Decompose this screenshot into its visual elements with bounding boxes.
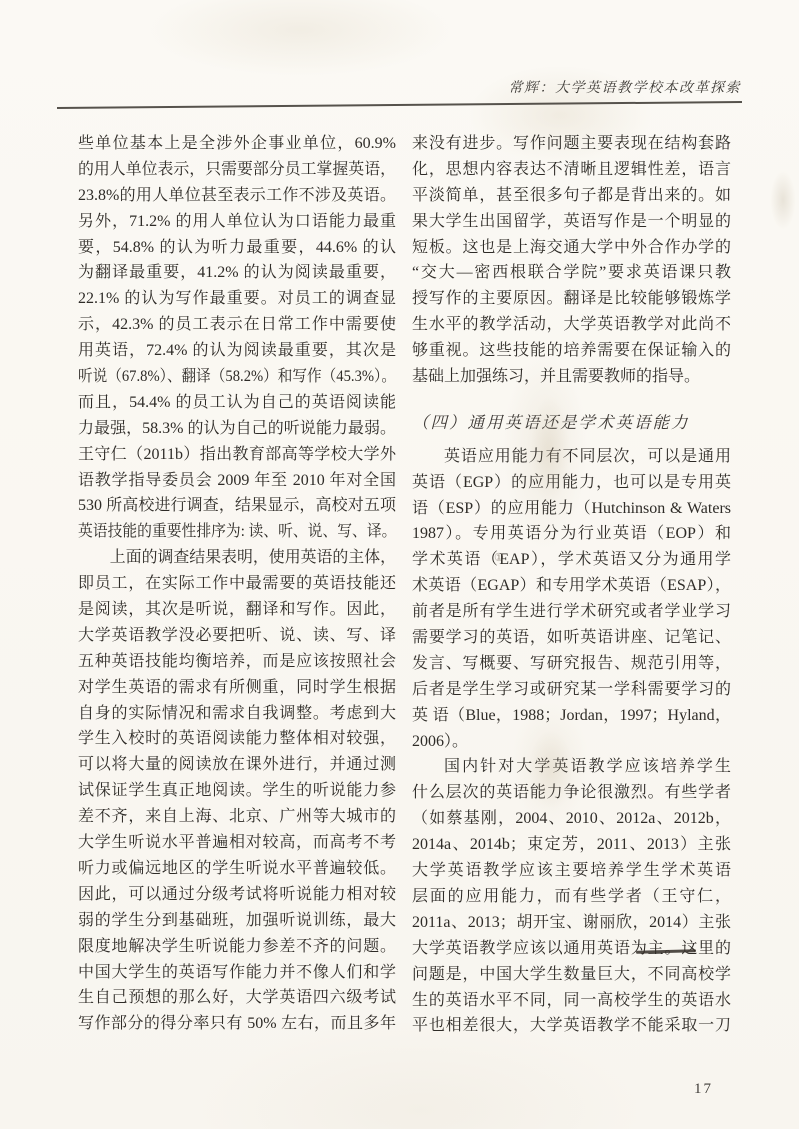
text-line: 王守仁（2011b）指出教育部高等学校大学外 (78, 442, 396, 468)
text-line: 生自己预想的那么好，大学英语四六级考试 (78, 985, 396, 1011)
text-line: 授写作的主要原因。翻译是比较能够锻炼学 (412, 286, 731, 312)
text-line: 大学生听说水平普遍相对较高，而高考不考 (78, 830, 396, 856)
text-line: 英语应用能力有不同层次，可以是通用 (412, 444, 731, 470)
text-line: 为翻译最重要，41.2% 的认为阅读最重要， (78, 260, 396, 286)
text-line: 弱的学生分到基础班，加强听说训练，最大 (78, 908, 396, 934)
text-line: 前者是所有学生进行学术研究或者学业学习 (412, 599, 731, 625)
text-line: 英 语（Blue，1988；Jordan，1997；Hyland， (412, 703, 731, 729)
text-line: 23.8%的用人单位甚至表示工作不涉及英语。 (78, 183, 396, 209)
text-line: 层面的应用能力，而有些学者（王守仁， (412, 884, 731, 910)
text-line: 上面的调查结果表明，使用英语的主体， (78, 545, 394, 571)
text-line: 530 所高校进行调查，结果显示，高校对五项 (78, 493, 396, 519)
text-line: 生的英语水平不同，同一高校学生的英语水 (412, 988, 731, 1014)
text-line: 写作部分的得分率只有 50% 左右，而且多年 (78, 1011, 396, 1037)
text-line: 学术英语（EAP），学术英语又分为通用学 (412, 547, 731, 573)
text-line: 些单位基本上是全涉外企事业单位，60.9% (78, 131, 396, 157)
text-line: 的用人单位表示，只需要部分员工掌握英语， (78, 157, 394, 183)
text-line: 对学生英语的需求有所侧重，同时学生根据 (78, 675, 396, 701)
text-line: 限度地解决学生听说能力参差不齐的问题。 (78, 934, 396, 960)
text-line: 英语（EGP）的应用能力，也可以是专用英 (412, 470, 731, 496)
text-line: 语（ESP）的应用能力（Hutchinson & Waters (412, 496, 731, 522)
text-line: 2014a、2014b；束定芳，2011、2013）主张 (412, 832, 731, 858)
text-line: 2011a、2013；胡开宝、谢丽欣，2014）主张 (412, 910, 731, 936)
text-line: 短板。这也是上海交通大学中外合作办学的 (412, 235, 731, 261)
text-line: 够重视。这些技能的培养需要在保证输入的 (412, 338, 731, 364)
text-line: 自身的实际情况和需求自我调整。考虑到大 (78, 701, 396, 727)
text-line: 差不齐，来自上海、北京、广州等大城市的 (78, 804, 396, 830)
text-line: 学生入校时的英语阅读能力整体相对较强， (78, 726, 396, 752)
text-line: 而且，54.4% 的员工认为自己的英语阅读能 (78, 390, 396, 416)
text-line: 术英语（EGAP）和专用学术英语（ESAP）， (412, 573, 731, 599)
text-line: 因此，可以通过分级考试将听说能力相对较 (78, 882, 396, 908)
text-line: 需要学习的英语，如听英语讲座、记笔记、 (412, 625, 731, 651)
text-line: （四）通用英语还是学术英语能力 (412, 410, 731, 436)
text-line: 听力或偏远地区的学生听说水平普遍较低。 (78, 856, 396, 882)
paper-stain (770, 170, 796, 230)
header-divider-rule (57, 101, 742, 109)
text-line: 用英语，72.4% 的认为阅读最重要，其次是 (78, 338, 396, 364)
text-line: 大学英语教学应该主要培养学生学术英语 (412, 858, 731, 884)
text-line: 问题是，中国大学生数量巨大，不同高校学 (412, 962, 731, 988)
text-line: （如蔡基刚，2004、2010、2012a、2012b， (412, 806, 731, 832)
text-line: 示，42.3% 的员工表示在日常工作中需要使 (78, 312, 396, 338)
text-line: 来没有进步。写作问题主要表现在结构套路 (412, 131, 731, 157)
right-text-column: 来没有进步。写作问题主要表现在结构套路化，思想内容表达不清晰且逻辑性差，语言平淡… (412, 131, 731, 1039)
left-text-column: 些单位基本上是全涉外企事业单位，60.9%的用人单位表示，只需要部分员工掌握英语… (78, 131, 396, 1037)
text-line: 果大学生出国留学，英语写作是一个明显的 (412, 209, 731, 235)
scanned-book-page: 常辉：大学英语教学校本改革探索 些单位基本上是全涉外企事业单位，60.9%的用人… (0, 0, 799, 1129)
footnote-marker-artifact: ① (494, 551, 504, 564)
text-line: 什么层次的英语能力争论很激烈。有些学者 (412, 780, 731, 806)
text-line: 国内针对大学英语教学应该培养学生 (412, 754, 731, 780)
text-line: 听说（67.8%）、翻译（58.2%）和写作（45.3%）。 (78, 364, 369, 390)
text-line: 平淡简单，甚至很多句子都是背出来的。如 (412, 183, 731, 209)
text-line: 中国大学生的英语写作能力并不像人们和学 (78, 960, 396, 986)
text-line: 五种英语技能均衡培养，而是应该按照社会 (78, 649, 396, 675)
text-line: 英语技能的重要性排序为: 读、听、说、写、译。 (78, 519, 372, 545)
text-line: 语教学指导委员会 2009 年至 2010 年对全国 (78, 468, 396, 494)
text-line: “交大—密西根联合学院”要求英语课只教 (412, 260, 731, 286)
text-line: 另外，71.2% 的用人单位认为口语能力最重 (78, 209, 396, 235)
text-line: 即员工，在实际工作中最需要的英语技能还 (78, 571, 396, 597)
text-line: 要，54.8% 的认为听力最重要，44.6% 的认 (78, 235, 396, 261)
text-line: 基础上加强练习，并且需要教师的指导。 (412, 364, 731, 390)
text-line: 2006）。 (412, 729, 731, 755)
text-line: 1987）。专用英语分为行业英语（EOP）和 (412, 521, 731, 547)
text-line: 化，思想内容表达不清晰且逻辑性差，语言 (412, 157, 731, 183)
text-line: 可以将大量的阅读放在课外进行，并通过测 (78, 752, 396, 778)
text-line: 发言、写概要、写研究报告、规范引用等， (412, 651, 731, 677)
text-line: 平也相差很大，大学英语教学不能采取一刀 (412, 1013, 731, 1039)
text-line: 22.1% 的认为写作最重要。对员工的调查显 (78, 286, 396, 312)
running-head: 常辉：大学英语教学校本改革探索 (509, 77, 742, 97)
page-number: 17 (694, 1081, 713, 1098)
text-line: 生水平的教学活动，大学英语教学对此尚不 (412, 312, 731, 338)
text-line: 力最强，58.3% 的认为自己的听说能力最弱。 (78, 416, 396, 442)
text-line: 大学英语教学没必要把听、说、读、写、译 (78, 623, 396, 649)
text-line: 后者是学生学习或研究某一学科需要学习的 (412, 677, 731, 703)
text-line: 试保证学生真正地阅读。学生的听说能力参 (78, 778, 396, 804)
text-line: 是阅读，其次是听说，翻译和写作。因此， (78, 597, 396, 623)
